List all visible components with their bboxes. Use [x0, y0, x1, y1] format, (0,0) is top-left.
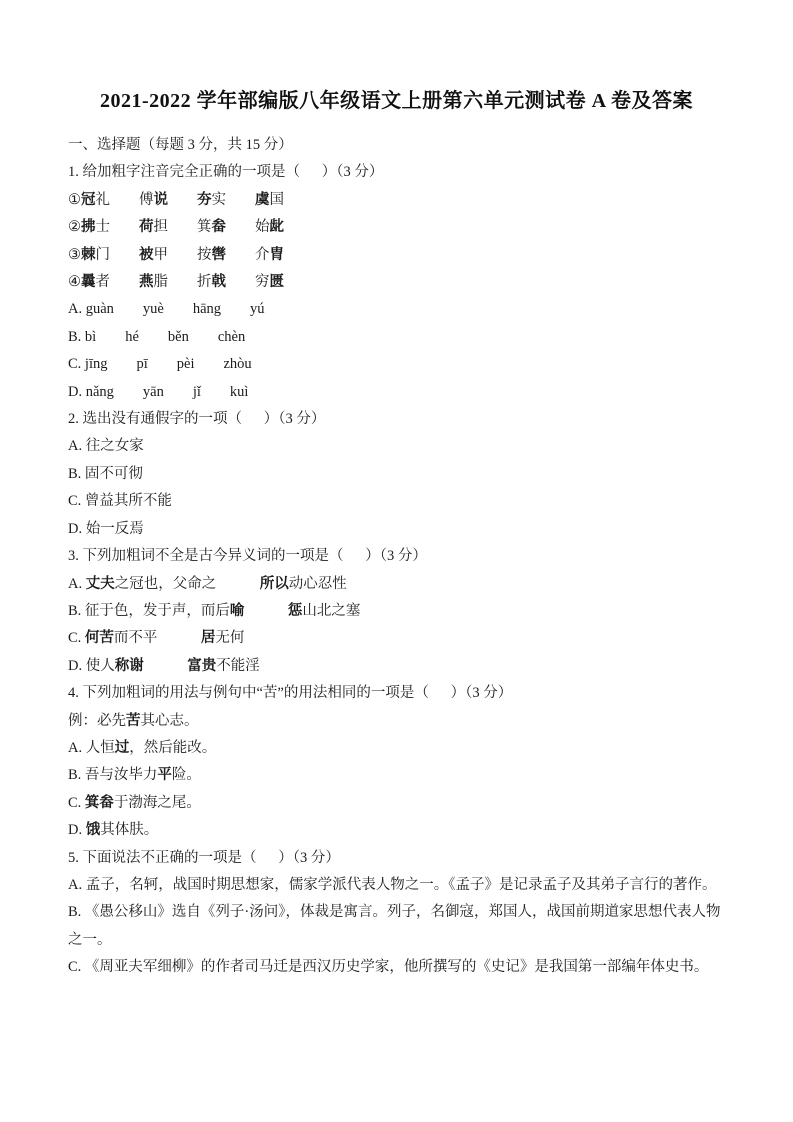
q4-option-a: A. 人恒过，然后能改。	[68, 735, 737, 762]
text-run: 脂	[154, 274, 198, 290]
q5-option-b-line-1: B. 《愚公移山》选自《列子·汤问》，体裁是寓言。列子，名御寇，郑国人，战国前期…	[68, 899, 737, 926]
text-run: 士	[96, 219, 140, 235]
text-run: C.	[68, 795, 85, 811]
q2-option-b: B. 固不可彻	[68, 461, 737, 488]
bold-text-run: 惩	[288, 603, 303, 619]
text-run: ，然后能改。	[129, 740, 216, 756]
text-run: 无何	[215, 630, 244, 646]
q4-option-d: D. 饿其体肤。	[68, 817, 737, 844]
text-run: 例：必先	[68, 713, 126, 729]
text-run: C. 《周亚夫军细柳》的作者司马迁是西汉历史学家，他所撰写的《史记》是我国第一部…	[68, 959, 708, 975]
text-run: B. 固不可彻	[68, 466, 143, 482]
q4-example: 例：必先苦其心志。	[68, 708, 737, 735]
text-run: 4. 下列加粗词的用法与例句中“苦”的用法相同的一项是（ ）（3 分）	[68, 685, 512, 701]
bold-text-run: 何苦	[85, 630, 114, 646]
text-run: 山北之塞	[302, 603, 360, 619]
text-run: 箕	[197, 219, 212, 235]
bold-text-run: 荷	[139, 219, 154, 235]
text-run: ④	[68, 274, 81, 290]
text-run: 介	[226, 247, 270, 263]
text-run: 其体肤。	[100, 822, 158, 838]
text-run: 5. 下面说法不正确的一项是（ ）（3 分）	[68, 850, 340, 866]
bold-text-run: 龀	[270, 219, 285, 235]
text-run: 按	[197, 247, 212, 263]
bold-text-run: 说	[154, 192, 169, 208]
text-run: 甲	[154, 247, 198, 263]
text-run: 3. 下列加粗词不全是古今异义词的一项是（ ）（3 分）	[68, 548, 427, 564]
text-run	[168, 192, 197, 208]
bold-text-run: 胄	[270, 247, 285, 263]
bold-text-run: 畚	[212, 219, 227, 235]
text-run: 动心忍性	[289, 576, 347, 592]
text-run: D.	[68, 822, 86, 838]
bold-text-run: 苦	[126, 713, 141, 729]
text-run: B. 《愚公移山》选自《列子·汤问》，体裁是寓言。列子，名御寇，郑国人，战国前期…	[68, 904, 721, 920]
bold-text-run: 辔	[212, 247, 227, 263]
text-run: D. 始一反焉	[68, 521, 144, 537]
text-run: D. 使人	[68, 658, 115, 674]
text-run: B. 吾与汝毕力	[68, 767, 157, 783]
q3-option-a: A. 丈夫之冠也，父命之 所以动心忍性	[68, 571, 737, 598]
bold-text-run: 饿	[86, 822, 101, 838]
bold-text-run: 平	[157, 767, 172, 783]
bold-text-run: 被	[139, 247, 154, 263]
section-1-heading: 一、选择题（每题 3 分，共 15 分）	[68, 132, 737, 159]
text-run: 傅	[139, 192, 154, 208]
text-run: 而不平	[114, 630, 158, 646]
q5-option-b-line-2: 之一。	[68, 927, 737, 954]
q1-word-row-2: ②拂士 荷担 箕畚 始龀	[68, 214, 737, 241]
bold-text-run: 喻	[230, 603, 245, 619]
q5-stem: 5. 下面说法不正确的一项是（ ）（3 分）	[68, 845, 737, 872]
text-run: ①	[68, 192, 81, 208]
text-run: 一、选择题（每题 3 分，共 15 分）	[68, 137, 293, 153]
text-run	[144, 658, 188, 674]
bold-text-run: 虞	[255, 192, 270, 208]
q2-option-c: C. 曾益其所不能	[68, 488, 737, 515]
text-run: D. nǎng yān jǐ kuì	[68, 384, 248, 400]
bold-text-run: 冠	[81, 192, 96, 208]
bold-text-run: 夯	[197, 192, 212, 208]
text-run: 其心志。	[141, 713, 199, 729]
q1-option-a: A. guàn yuè hāng yú	[68, 296, 737, 323]
text-run: A. 人恒	[68, 740, 115, 756]
text-run: A. guàn yuè hāng yú	[68, 301, 265, 317]
text-run: C. jīng pī pèi zhòu	[68, 356, 252, 372]
text-run: 之冠也，父命之	[115, 576, 217, 592]
bold-text-run: 居	[201, 630, 216, 646]
text-run: 担	[154, 219, 198, 235]
text-run: 实	[212, 192, 256, 208]
text-run: 2. 选出没有通假字的一项（ ）（3 分）	[68, 411, 325, 427]
bold-text-run: 称谢	[115, 658, 144, 674]
text-run: A.	[68, 576, 86, 592]
bold-text-run: 燕	[139, 274, 154, 290]
q1-word-row-1: ①冠礼 傅说 夯实 虞国	[68, 187, 737, 214]
text-run: 穷	[226, 274, 270, 290]
text-run: 国	[270, 192, 285, 208]
text-run: A. 往之女家	[68, 438, 144, 454]
bold-text-run: 丈夫	[86, 576, 115, 592]
text-run: ③	[68, 247, 81, 263]
q1-option-c: C. jīng pī pèi zhòu	[68, 351, 737, 378]
q4-option-c: C. 箕畚于渤海之尾。	[68, 790, 737, 817]
text-run: B. bì hé běn chèn	[68, 329, 245, 345]
text-run: 始	[226, 219, 270, 235]
document-body: 一、选择题（每题 3 分，共 15 分）1. 给加粗字注音完全正确的一项是（ ）…	[0, 114, 793, 982]
bold-text-run: 所以	[260, 576, 289, 592]
q4-stem: 4. 下列加粗词的用法与例句中“苦”的用法相同的一项是（ ）（3 分）	[68, 680, 737, 707]
text-run: 1. 给加粗字注音完全正确的一项是（ ）（3 分）	[68, 164, 383, 180]
bold-text-run: 曩	[81, 274, 96, 290]
text-run	[216, 576, 260, 592]
text-run	[244, 603, 288, 619]
text-run: B. 征于色，发于声，而后	[68, 603, 230, 619]
q2-option-a: A. 往之女家	[68, 433, 737, 460]
bold-text-run: 拂	[81, 219, 96, 235]
q5-option-c: C. 《周亚夫军细柳》的作者司马迁是西汉历史学家，他所撰写的《史记》是我国第一部…	[68, 954, 737, 981]
text-run: ②	[68, 219, 81, 235]
text-run: 门	[96, 247, 140, 263]
q3-option-b: B. 征于色，发于声，而后喻 惩山北之塞	[68, 598, 737, 625]
text-run: 礼	[96, 192, 140, 208]
q2-stem: 2. 选出没有通假字的一项（ ）（3 分）	[68, 406, 737, 433]
text-run: 险。	[172, 767, 201, 783]
q3-stem: 3. 下列加粗词不全是古今异义词的一项是（ ）（3 分）	[68, 543, 737, 570]
test-paper-page: 2021-2022 学年部编版八年级语文上册第六单元测试卷 A 卷及答案 一、选…	[0, 0, 793, 1122]
bold-text-run: 匮	[270, 274, 285, 290]
q3-option-d: D. 使人称谢 富贵不能淫	[68, 653, 737, 680]
text-run: 于渤海之尾。	[114, 795, 201, 811]
bold-text-run: 戟	[212, 274, 227, 290]
q1-stem: 1. 给加粗字注音完全正确的一项是（ ）（3 分）	[68, 159, 737, 186]
bold-text-run: 富贵	[187, 658, 216, 674]
text-run: C. 曾益其所不能	[68, 493, 172, 509]
q2-option-d: D. 始一反焉	[68, 516, 737, 543]
page-title: 2021-2022 学年部编版八年级语文上册第六单元测试卷 A 卷及答案	[0, 0, 793, 114]
text-run: 之一。	[68, 932, 112, 948]
q1-word-row-3: ③棘门 被甲 按辔 介胄	[68, 242, 737, 269]
text-run	[157, 630, 201, 646]
text-run: A. 孟子，名轲，战国时期思想家，儒家学派代表人物之一。《孟子》是记录孟子及其弟…	[68, 877, 716, 893]
text-run: 者	[96, 274, 140, 290]
q1-option-b: B. bì hé běn chèn	[68, 324, 737, 351]
q1-option-d: D. nǎng yān jǐ kuì	[68, 379, 737, 406]
q5-option-a: A. 孟子，名轲，战国时期思想家，儒家学派代表人物之一。《孟子》是记录孟子及其弟…	[68, 872, 737, 899]
text-run: C.	[68, 630, 85, 646]
text-run: 折	[197, 274, 212, 290]
bold-text-run: 过	[115, 740, 130, 756]
q1-word-row-4: ④曩者 燕脂 折戟 穷匮	[68, 269, 737, 296]
bold-text-run: 棘	[81, 247, 96, 263]
q4-option-b: B. 吾与汝毕力平险。	[68, 762, 737, 789]
bold-text-run: 箕畚	[85, 795, 114, 811]
q3-option-c: C. 何苦而不平 居无何	[68, 625, 737, 652]
text-run: 不能淫	[216, 658, 260, 674]
